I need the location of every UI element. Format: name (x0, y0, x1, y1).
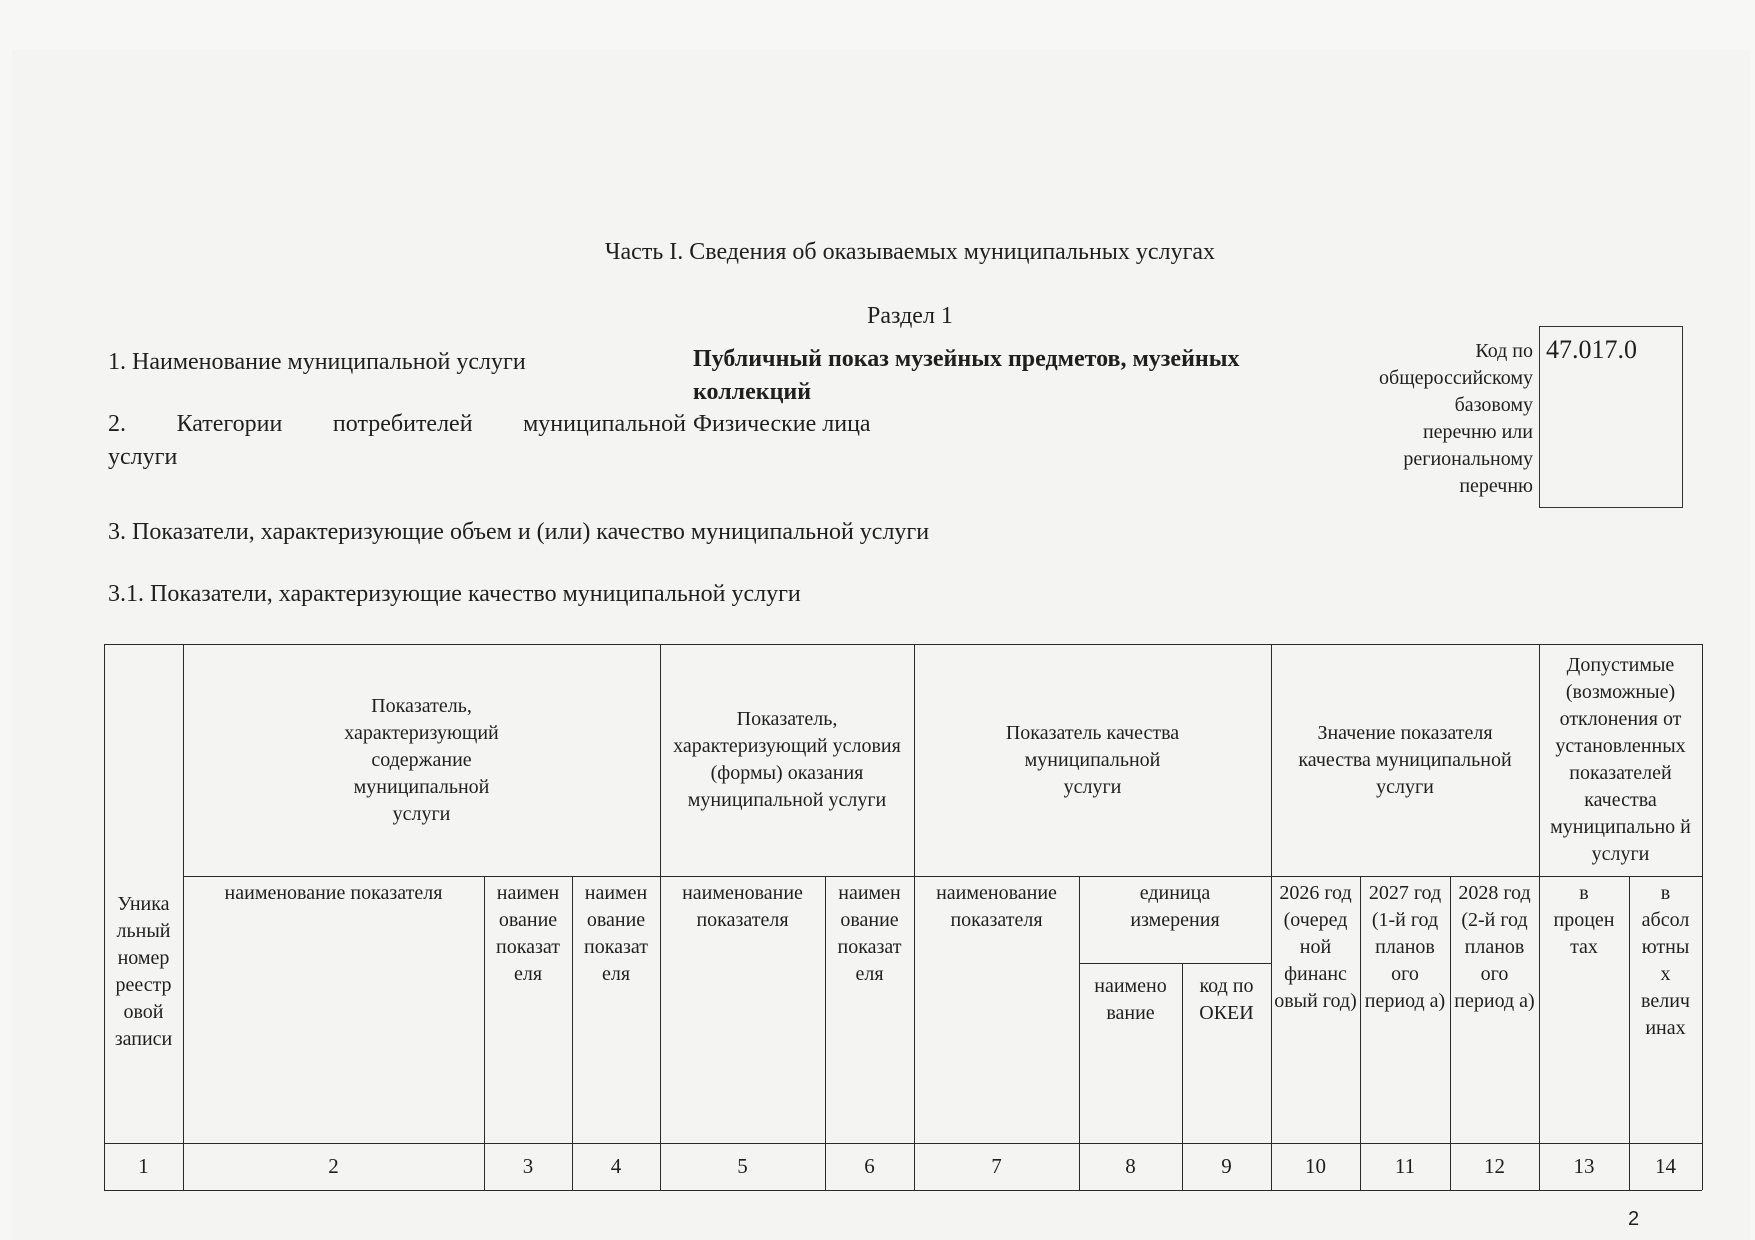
column-number: 7 (914, 1143, 1079, 1190)
quality-indicators-heading: 3.1. Показатели, характеризующие качеств… (108, 580, 801, 609)
column-number: 3 (484, 1143, 572, 1190)
header-c2: наименование показателя (183, 876, 484, 1143)
header-unique-number: Уника льный номер реестр овой записи (104, 644, 183, 1143)
code-label-line: перечню или (1300, 419, 1533, 446)
part-title: Часть I. Сведения об оказываемых муницип… (0, 238, 1755, 267)
column-number: 8 (1079, 1143, 1182, 1190)
header-c5: наименование показателя (660, 876, 825, 1143)
code-label: Код по общероссийскому базовому перечню … (1300, 338, 1533, 500)
column-number: 12 (1450, 1143, 1539, 1190)
service-name-value-line2: коллекций (693, 378, 811, 407)
code-label-line: региональному (1300, 446, 1533, 473)
column-number: 4 (572, 1143, 660, 1190)
header-c13: в процен тах (1539, 876, 1629, 1143)
consumer-category-value: Физические лица (693, 410, 871, 439)
column-number: 1 (104, 1143, 183, 1190)
column-number: 6 (825, 1143, 914, 1190)
header-c14: в абсол ютны х велич инах (1629, 876, 1702, 1143)
column-number: 2 (183, 1143, 484, 1190)
service-name-label: 1. Наименование муниципальной услуги (108, 348, 526, 377)
page-number: 2 (1628, 1208, 1639, 1231)
header-quality-value: Значение показателя качества муниципальн… (1271, 644, 1539, 876)
code-value: 47.017.0 (1546, 335, 1637, 364)
consumer-category-label-line1: 2. Категории потребителей муниципальной (108, 410, 686, 439)
header-quality-indicator: Показатель качества муниципальной услуги (914, 644, 1271, 876)
header-c9: код по ОКЕИ (1182, 963, 1271, 1143)
column-number: 11 (1360, 1143, 1450, 1190)
header-c8: наимено вание (1079, 963, 1182, 1143)
header-allowed-deviation: Допустимые (возможные) отклонения от уст… (1539, 644, 1702, 876)
service-name-value-line1: Публичный показ музейных предметов, музе… (693, 345, 1239, 374)
column-number: 10 (1271, 1143, 1360, 1190)
code-label-line: базовому (1300, 392, 1533, 419)
header-conditions-indicator: Показатель, характеризующий условия (фор… (660, 644, 914, 876)
column-number: 14 (1629, 1143, 1702, 1190)
header-c7: наименование показателя (914, 876, 1079, 1143)
header-c3: наимен ование показат еля (484, 876, 572, 1143)
header-c12: 2028 год (2-й год планов ого период а) (1450, 876, 1539, 1143)
code-label-line: перечню (1300, 473, 1533, 500)
header-c10: 2026 год (очеред ной финанс овый год) (1271, 876, 1360, 1143)
header-c4: наимен ование показат еля (572, 876, 660, 1143)
section-title: Раздел 1 (0, 302, 1755, 331)
header-c11: 2027 год (1-й год планов ого период а) (1360, 876, 1450, 1143)
header-content-indicator: Показатель, характеризующий содержание м… (183, 644, 660, 876)
code-label-line: общероссийскому (1300, 365, 1533, 392)
column-number: 13 (1539, 1143, 1629, 1190)
column-number: 9 (1182, 1143, 1271, 1190)
code-label-line: Код по (1300, 338, 1533, 365)
code-box: 47.017.0 (1539, 326, 1683, 508)
header-unit-group: единица измерения (1079, 876, 1271, 963)
header-c6: наимен ование показат еля (825, 876, 914, 1143)
indicators-heading: 3. Показатели, характеризующие объем и (… (108, 518, 929, 547)
column-number: 5 (660, 1143, 825, 1190)
consumer-category-label-line2: услуги (108, 443, 177, 472)
